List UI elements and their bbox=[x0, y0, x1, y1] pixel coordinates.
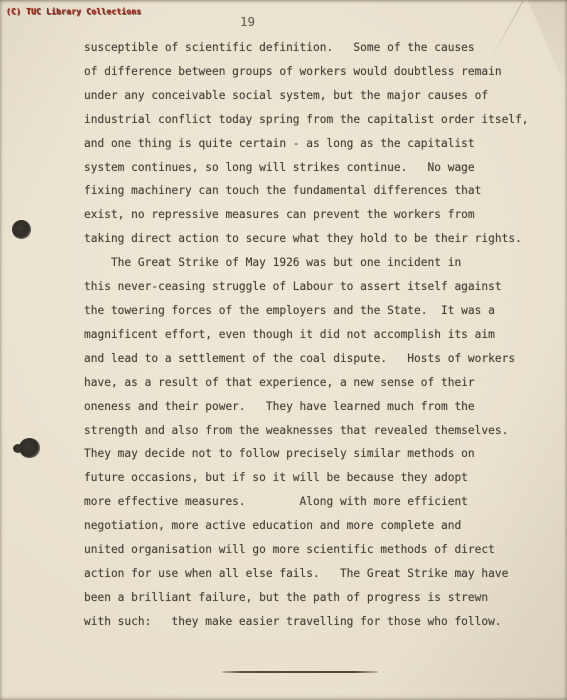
typewritten-body-text: susceptible of scientific definition. So… bbox=[84, 36, 529, 634]
hole-punch-top bbox=[12, 220, 31, 239]
scanned-document-page: (C) TUC Library Collections 19 susceptib… bbox=[0, 0, 567, 700]
section-end-rule bbox=[222, 671, 378, 673]
library-copyright-watermark: (C) TUC Library Collections bbox=[6, 7, 141, 17]
page-number: 19 bbox=[240, 14, 255, 29]
hole-punch-bottom-bump bbox=[13, 444, 23, 453]
